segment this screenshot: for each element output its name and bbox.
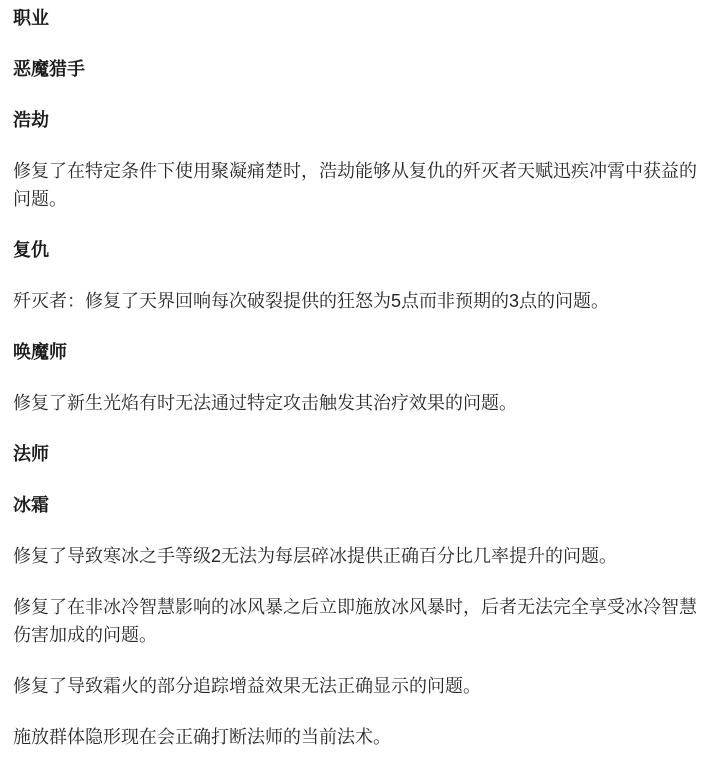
note-vengeance: 歼灭者：修复了天界回响每次破裂提供的狂怒为5点而非预期的3点的问题。 [13, 287, 699, 315]
note-evoker: 修复了新生光焰有时无法通过特定攻击触发其治疗效果的问题。 [13, 389, 699, 417]
note-frost-3: 修复了导致霜火的部分追踪增益效果无法正确显示的问题。 [13, 672, 699, 700]
heading-demon-hunter: 恶魔猎手 [13, 55, 699, 83]
patch-notes-document: 职业 恶魔猎手 浩劫 修复了在特定条件下使用聚凝痛楚时，浩劫能够从复仇的歼灭者天… [0, 0, 703, 751]
heading-classes: 职业 [13, 4, 699, 32]
heading-evoker: 唤魔师 [13, 338, 699, 366]
note-havoc: 修复了在特定条件下使用聚凝痛楚时，浩劫能够从复仇的歼灭者天赋迅疾冲霄中获益的问题… [13, 157, 699, 213]
note-frost-2: 修复了在非冰冷智慧影响的冰风暴之后立即施放冰风暴时，后者无法完全享受冰冷智慧伤害… [13, 593, 699, 649]
heading-havoc: 浩劫 [13, 106, 699, 134]
note-frost-4: 施放群体隐形现在会正确打断法师的当前法术。 [13, 723, 699, 751]
note-frost-1: 修复了导致寒冰之手等级2无法为每层碎冰提供正确百分比几率提升的问题。 [13, 542, 699, 570]
heading-frost: 冰霜 [13, 491, 699, 519]
heading-mage: 法师 [13, 440, 699, 468]
heading-vengeance: 复仇 [13, 236, 699, 264]
